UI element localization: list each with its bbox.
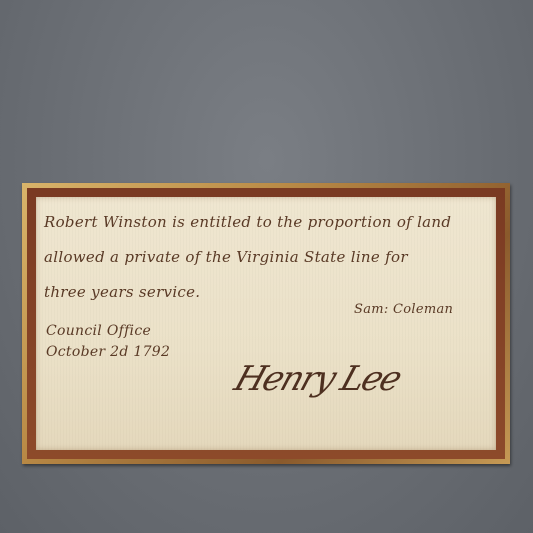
henry-lee-signature: Henry Lee xyxy=(230,359,406,399)
text-line-3: three years service. xyxy=(44,283,200,301)
text-line-2: allowed a private of the Virginia State … xyxy=(44,248,408,266)
place-line: Council Office xyxy=(46,323,151,339)
attestation-signature: Sam: Coleman xyxy=(354,302,453,317)
gilt-frame: Robert Winston is entitled to the propor… xyxy=(22,183,510,464)
frame-inner-bevel: Robert Winston is entitled to the propor… xyxy=(27,188,505,459)
manuscript-document: Robert Winston is entitled to the propor… xyxy=(36,197,496,450)
date-line: October 2d 1792 xyxy=(46,344,170,360)
text-line-1: Robert Winston is entitled to the propor… xyxy=(44,213,451,231)
